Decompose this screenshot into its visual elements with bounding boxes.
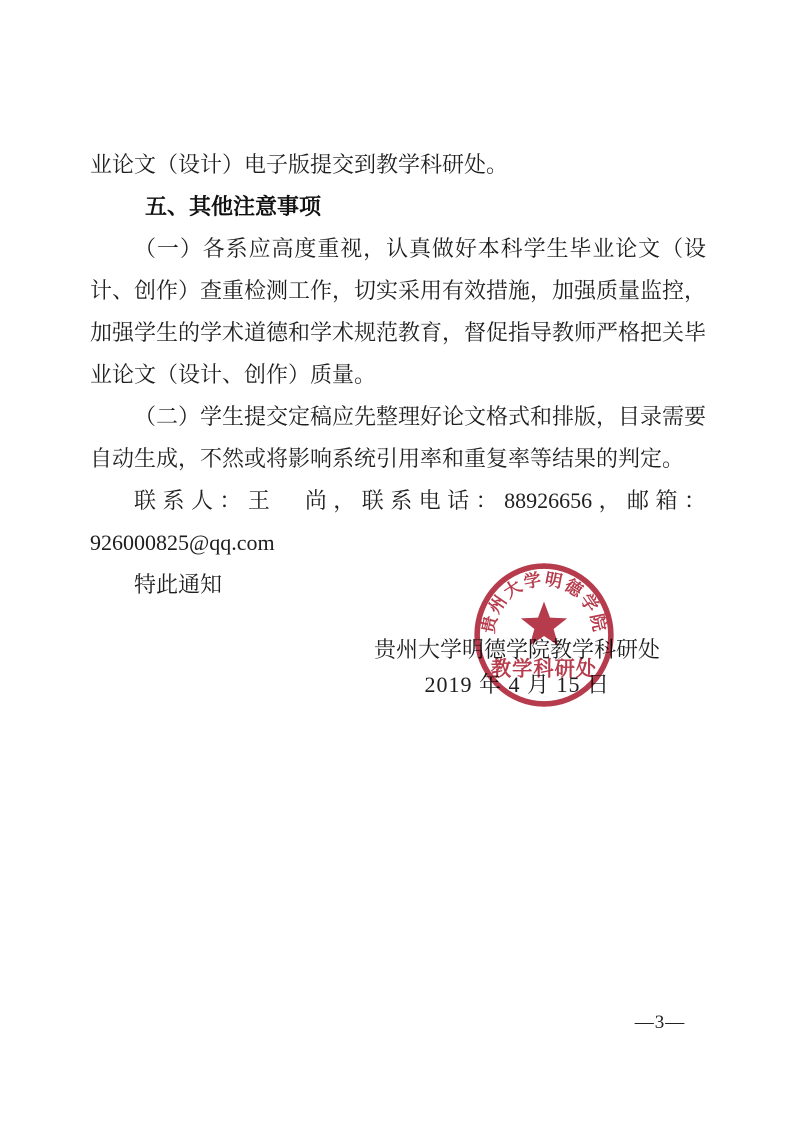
document-page: 业论文（设计）电子版提交到教学科研处。 五、其他注意事项 （一）各系应高度重视，… bbox=[0, 0, 793, 1122]
paragraph-item-1: （一）各系应高度重视，认真做好本科学生毕业论文（设计、创作）查重检测工作，切实采… bbox=[90, 228, 706, 396]
contact-line: 联系人：王 尚，联系电话：88926656，邮箱： bbox=[90, 480, 706, 522]
section-heading: 五、其他注意事项 bbox=[90, 186, 706, 228]
signature-date: 2019 年 4 月 15 日 bbox=[374, 667, 660, 702]
contact-email: 926000825@qq.com bbox=[90, 522, 706, 564]
page-number: —3— bbox=[600, 1008, 720, 1038]
document-body: 业论文（设计）电子版提交到教学科研处。 五、其他注意事项 （一）各系应高度重视，… bbox=[90, 144, 706, 606]
signature-organization: 贵州大学明德学院教学科研处 bbox=[374, 632, 660, 667]
signature-block: 贵州大学明德学院教学科研处 2019 年 4 月 15 日 bbox=[374, 632, 660, 702]
closing-line: 特此通知 bbox=[90, 564, 706, 606]
continuation-line: 业论文（设计）电子版提交到教学科研处。 bbox=[90, 144, 706, 186]
paragraph-item-2: （二）学生提交定稿应先整理好论文格式和排版，目录需要自动生成，不然或将影响系统引… bbox=[90, 396, 706, 480]
